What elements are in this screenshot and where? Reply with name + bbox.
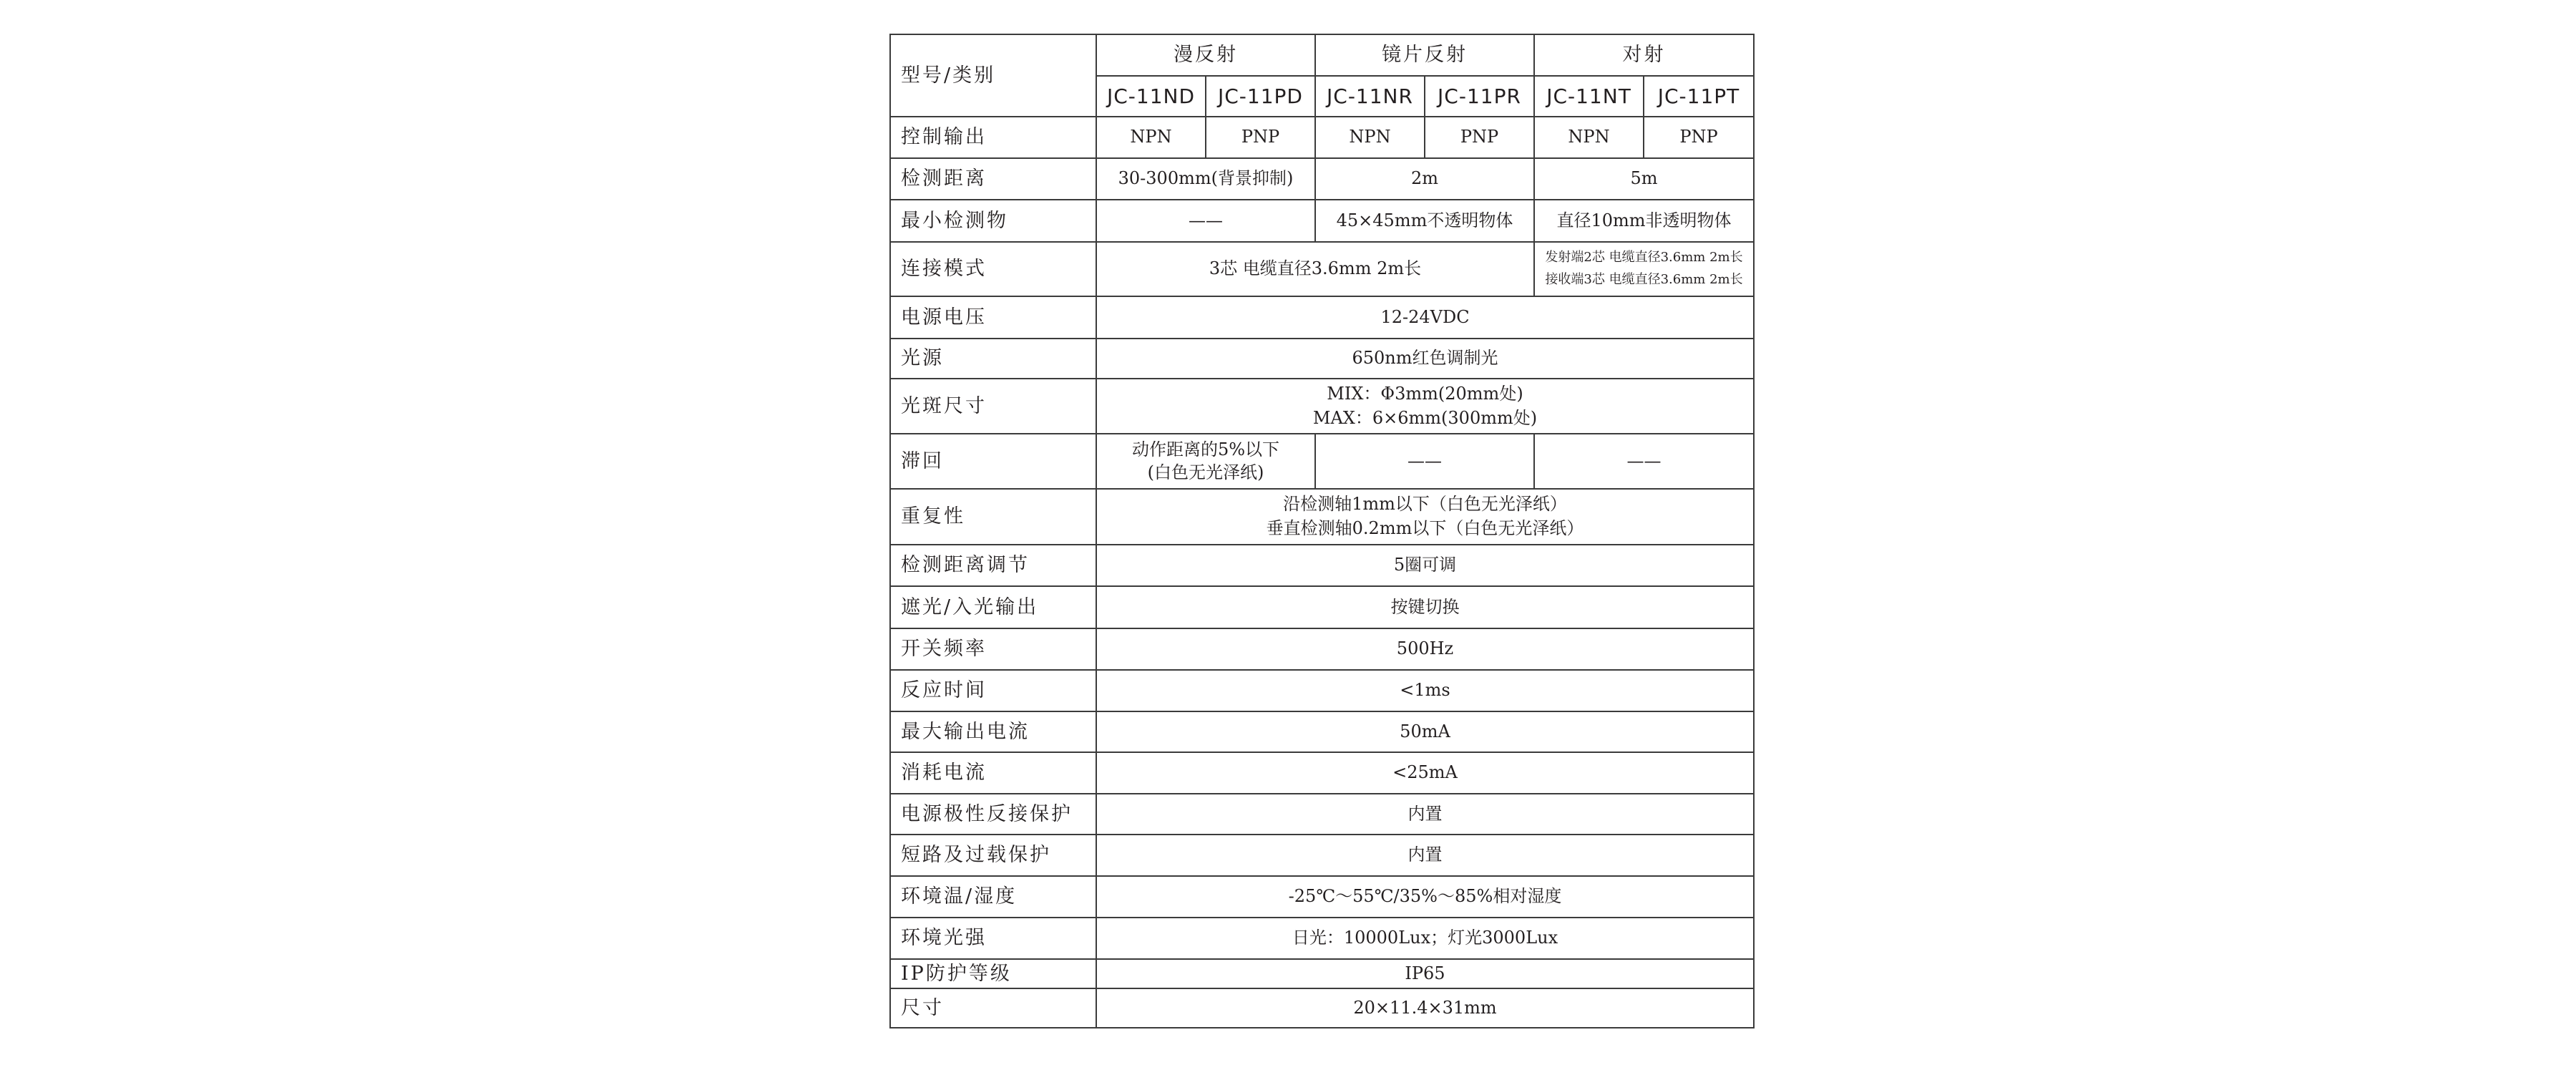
row-label: 光源 xyxy=(891,339,1097,379)
model-header: JC-11ND xyxy=(1097,77,1206,117)
table-cell: —— xyxy=(1316,434,1535,490)
row-label: 开关频率 xyxy=(891,629,1097,671)
table-cell: 50mA xyxy=(1097,712,1753,753)
table-cell: 30-300mm(背景抑制) xyxy=(1097,159,1316,200)
row-label: 尺寸 xyxy=(891,989,1097,1027)
row-label: 消耗电流 xyxy=(891,753,1097,794)
table-cell: NPN xyxy=(1316,117,1425,159)
table-cell: -25℃～55℃/35%～85%相对湿度 xyxy=(1097,877,1753,918)
model-header: JC-11NR xyxy=(1316,77,1425,117)
table-cell: 日光：10000Lux；灯光3000Lux xyxy=(1097,918,1753,960)
row-label: 最小检测物 xyxy=(891,200,1097,243)
model-header: JC-11PT xyxy=(1644,77,1753,117)
row-label: 滞回 xyxy=(891,434,1097,490)
table-cell: 5m xyxy=(1535,159,1753,200)
table-cell: PNP xyxy=(1425,117,1535,159)
spec-table: 型号/类别 漫反射 镜片反射 对射 JC-11ND JC-11PD JC-11N… xyxy=(889,34,1755,1028)
table-cell: 内置 xyxy=(1097,835,1753,877)
model-header: JC-11NT xyxy=(1535,77,1644,117)
model-header: JC-11PD xyxy=(1206,77,1316,117)
row-label: 控制输出 xyxy=(891,117,1097,159)
group-header-through-beam: 对射 xyxy=(1535,35,1753,77)
row-label: 连接模式 xyxy=(891,243,1097,297)
row-label: 遮光/入光输出 xyxy=(891,587,1097,629)
table-cell: 650nm红色调制光 xyxy=(1097,339,1753,379)
table-cell: 直径10mm非透明物体 xyxy=(1535,200,1753,243)
table-cell: 12-24VDC xyxy=(1097,297,1753,339)
group-header-mirror: 镜片反射 xyxy=(1316,35,1535,77)
row-label: 短路及过载保护 xyxy=(891,835,1097,877)
table-cell: 发射端2芯 电缆直径3.6mm 2m长 接收端3芯 电缆直径3.6mm 2m长 xyxy=(1535,243,1753,297)
row-label: 电源电压 xyxy=(891,297,1097,339)
table-cell: —— xyxy=(1535,434,1753,490)
row-label: IP防护等级 xyxy=(891,960,1097,989)
table-cell: IP65 xyxy=(1097,960,1753,989)
row-label: 检测距离调节 xyxy=(891,545,1097,587)
row-label: 反应时间 xyxy=(891,671,1097,712)
table-cell: MIX：Φ3mm(20mm处) MAX：6×6mm(300mm处) xyxy=(1097,379,1753,434)
corner-header: 型号/类别 xyxy=(891,35,1097,117)
table-cell: 2m xyxy=(1316,159,1535,200)
model-header: JC-11PR xyxy=(1425,77,1535,117)
group-header-diffuse: 漫反射 xyxy=(1097,35,1316,77)
table-cell: 3芯 电缆直径3.6mm 2m长 xyxy=(1097,243,1535,297)
table-cell: PNP xyxy=(1206,117,1316,159)
table-cell: 500Hz xyxy=(1097,629,1753,671)
table-cell: 20×11.4×31mm xyxy=(1097,989,1753,1027)
row-label: 最大输出电流 xyxy=(891,712,1097,753)
table-cell: 沿检测轴1mm以下（白色无光泽纸） 垂直检测轴0.2mm以下（白色无光泽纸） xyxy=(1097,490,1753,545)
table-cell: NPN xyxy=(1535,117,1644,159)
table-cell: —— xyxy=(1097,200,1316,243)
table-cell: <1ms xyxy=(1097,671,1753,712)
row-label: 环境温/湿度 xyxy=(891,877,1097,918)
table-cell: 动作距离的5%以下 (白色无光泽纸) xyxy=(1097,434,1316,490)
row-label: 重复性 xyxy=(891,490,1097,545)
table-cell: <25mA xyxy=(1097,753,1753,794)
table-cell: NPN xyxy=(1097,117,1206,159)
table-cell: 按键切换 xyxy=(1097,587,1753,629)
table-cell: PNP xyxy=(1644,117,1753,159)
row-label: 环境光强 xyxy=(891,918,1097,960)
row-label: 检测距离 xyxy=(891,159,1097,200)
row-label: 光斑尺寸 xyxy=(891,379,1097,434)
row-label: 电源极性反接保护 xyxy=(891,794,1097,835)
table-cell: 5圈可调 xyxy=(1097,545,1753,587)
table-cell: 45×45mm不透明物体 xyxy=(1316,200,1535,243)
table-cell: 内置 xyxy=(1097,794,1753,835)
